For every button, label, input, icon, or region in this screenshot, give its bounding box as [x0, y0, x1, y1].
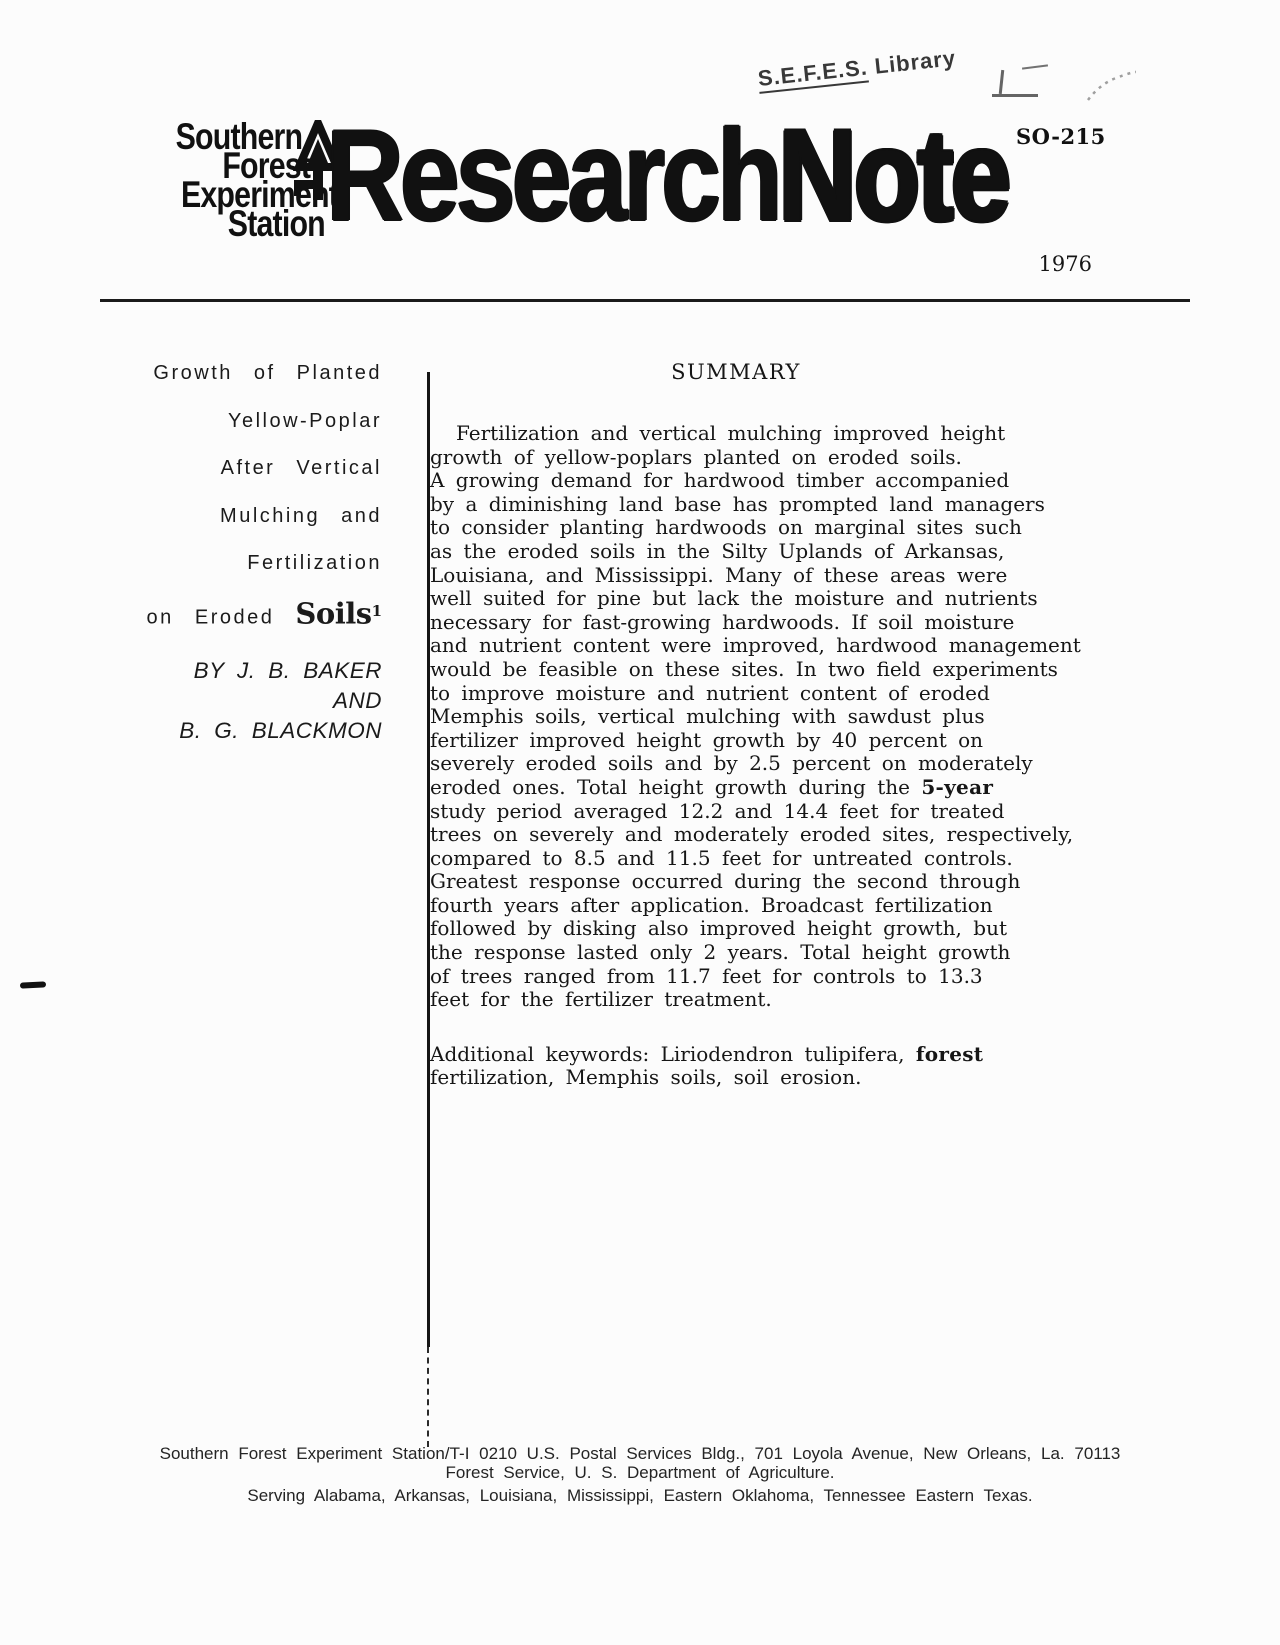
text-line: of trees ranged from 11.7 feet for contr…: [430, 965, 1042, 989]
text-line: fourth years after application. Broadcas…: [430, 894, 1042, 918]
text-line: Yellow-Poplar: [0, 398, 382, 446]
text-line: feet for the fertilizer treatment.: [430, 988, 1042, 1012]
text-line: Serving Alabama, Arkansas, Louisiana, Mi…: [0, 1486, 1280, 1505]
text-line: well suited for pine but lack the moistu…: [430, 587, 1042, 611]
text-line: severely eroded soils and by 2.5 percent…: [430, 752, 1042, 776]
byline-line: B. G. BLACKMON: [0, 716, 382, 746]
header-rule: [100, 299, 1190, 302]
doc-number: SO-215: [1016, 124, 1106, 149]
text-line: by a diminishing land base has prompted …: [430, 493, 1042, 517]
library-stamp: S.E.F.E.S. Library: [757, 45, 958, 92]
pencil-mark-stroke: [1022, 64, 1048, 69]
text-line: Southern Forest Experiment Station/T-I 0…: [0, 1444, 1280, 1463]
summary-body: Fertilization and vertical mulching impr…: [430, 422, 1042, 1012]
text-line: fertilization, Memphis soils, soil erosi…: [430, 1066, 1042, 1090]
text-line: followed by disking also improved height…: [430, 917, 1042, 941]
text-line: and nutrient content were improved, hard…: [430, 634, 1042, 658]
column-divider-dashed: [427, 1347, 429, 1447]
text-line: Mulching and: [0, 493, 382, 541]
text-line: compared to 8.5 and 11.5 feet for untrea…: [430, 847, 1042, 871]
text-line: Fertilization and vertical mulching impr…: [430, 422, 1042, 446]
byline-line: BY J. B. BAKER: [0, 656, 382, 686]
text-line: Louisiana, and Mississippi. Many of thes…: [430, 564, 1042, 588]
text-line: to improve moisture and nutrient content…: [430, 682, 1042, 706]
publication-year: 1976: [1039, 252, 1092, 276]
text-line: Forest Service, U. S. Department of Agri…: [0, 1463, 1280, 1482]
stamp-word: Library: [866, 45, 957, 79]
footnote-marker: 1: [372, 602, 382, 620]
article-title-block: Growth of PlantedYellow-PoplarAfter Vert…: [0, 350, 382, 642]
station-logo: Southern Forest Experiment Station: [140, 122, 338, 238]
title-prefix: on Eroded: [147, 606, 296, 628]
text-line: study period averaged 12.2 and 14.4 feet…: [430, 800, 1042, 824]
byline-line: AND: [0, 686, 382, 716]
text-line: eroded ones. Total height growth during …: [430, 776, 1042, 800]
text-line: the response lasted only 2 years. Total …: [430, 941, 1042, 965]
article-title-line-soils: on Eroded Soils1: [0, 588, 382, 642]
stamp-abbreviation: S.E.F.E.S.: [757, 55, 870, 94]
pencil-mark-icon: [992, 68, 1044, 98]
article-title-lines: Growth of PlantedYellow-PoplarAfter Vert…: [0, 350, 382, 588]
pencil-mark-stroke: [999, 70, 1004, 94]
text-line: A growing demand for hardwood timber acc…: [430, 469, 1042, 493]
byline: BY J. B. BAKER AND B. G. BLACKMON: [0, 656, 382, 746]
pencil-scribble-icon: [1086, 70, 1138, 104]
text-line: as the eroded soils in the Silty Uplands…: [430, 540, 1042, 564]
title-word-soils: Soils: [295, 596, 371, 630]
text-line: fertilizer improved height growth by 40 …: [430, 729, 1042, 753]
text-line: After Vertical: [0, 445, 382, 493]
margin-dash-mark: [20, 981, 46, 988]
pencil-mark-stroke: [992, 94, 1038, 97]
text-line: growth of yellow-poplars planted on erod…: [430, 446, 1042, 470]
text-line: Fertilization: [0, 540, 382, 588]
text-line: trees on severely and moderately eroded …: [430, 823, 1042, 847]
text-line: necessary for fast-growing hardwoods. If…: [430, 611, 1042, 635]
text-line: Memphis soils, vertical mulching with sa…: [430, 705, 1042, 729]
masthead-research: Research: [326, 102, 779, 248]
text-line: Growth of Planted: [0, 350, 382, 398]
text-line: would be feasible on these sites. In two…: [430, 658, 1042, 682]
keywords-block: Additional keywords: Liriodendron tulipi…: [430, 1043, 1042, 1090]
summary-heading: SUMMARY: [430, 360, 1042, 384]
masthead-note: Note: [779, 102, 1009, 248]
logo-line: Station: [176, 209, 338, 238]
text-line: Additional keywords: Liriodendron tulipi…: [430, 1043, 1042, 1067]
summary-section: SUMMARY Fertilization and vertical mulch…: [430, 360, 1042, 1090]
document-page: S.E.F.E.S. Library Southern Forest Exper…: [0, 0, 1280, 1645]
imprint-footer: Southern Forest Experiment Station/T-I 0…: [0, 1444, 1280, 1505]
masthead-title: ResearchNote: [326, 110, 1008, 240]
text-line: Greatest response occurred during the se…: [430, 870, 1042, 894]
text-line: to consider planting hardwoods on margin…: [430, 516, 1042, 540]
